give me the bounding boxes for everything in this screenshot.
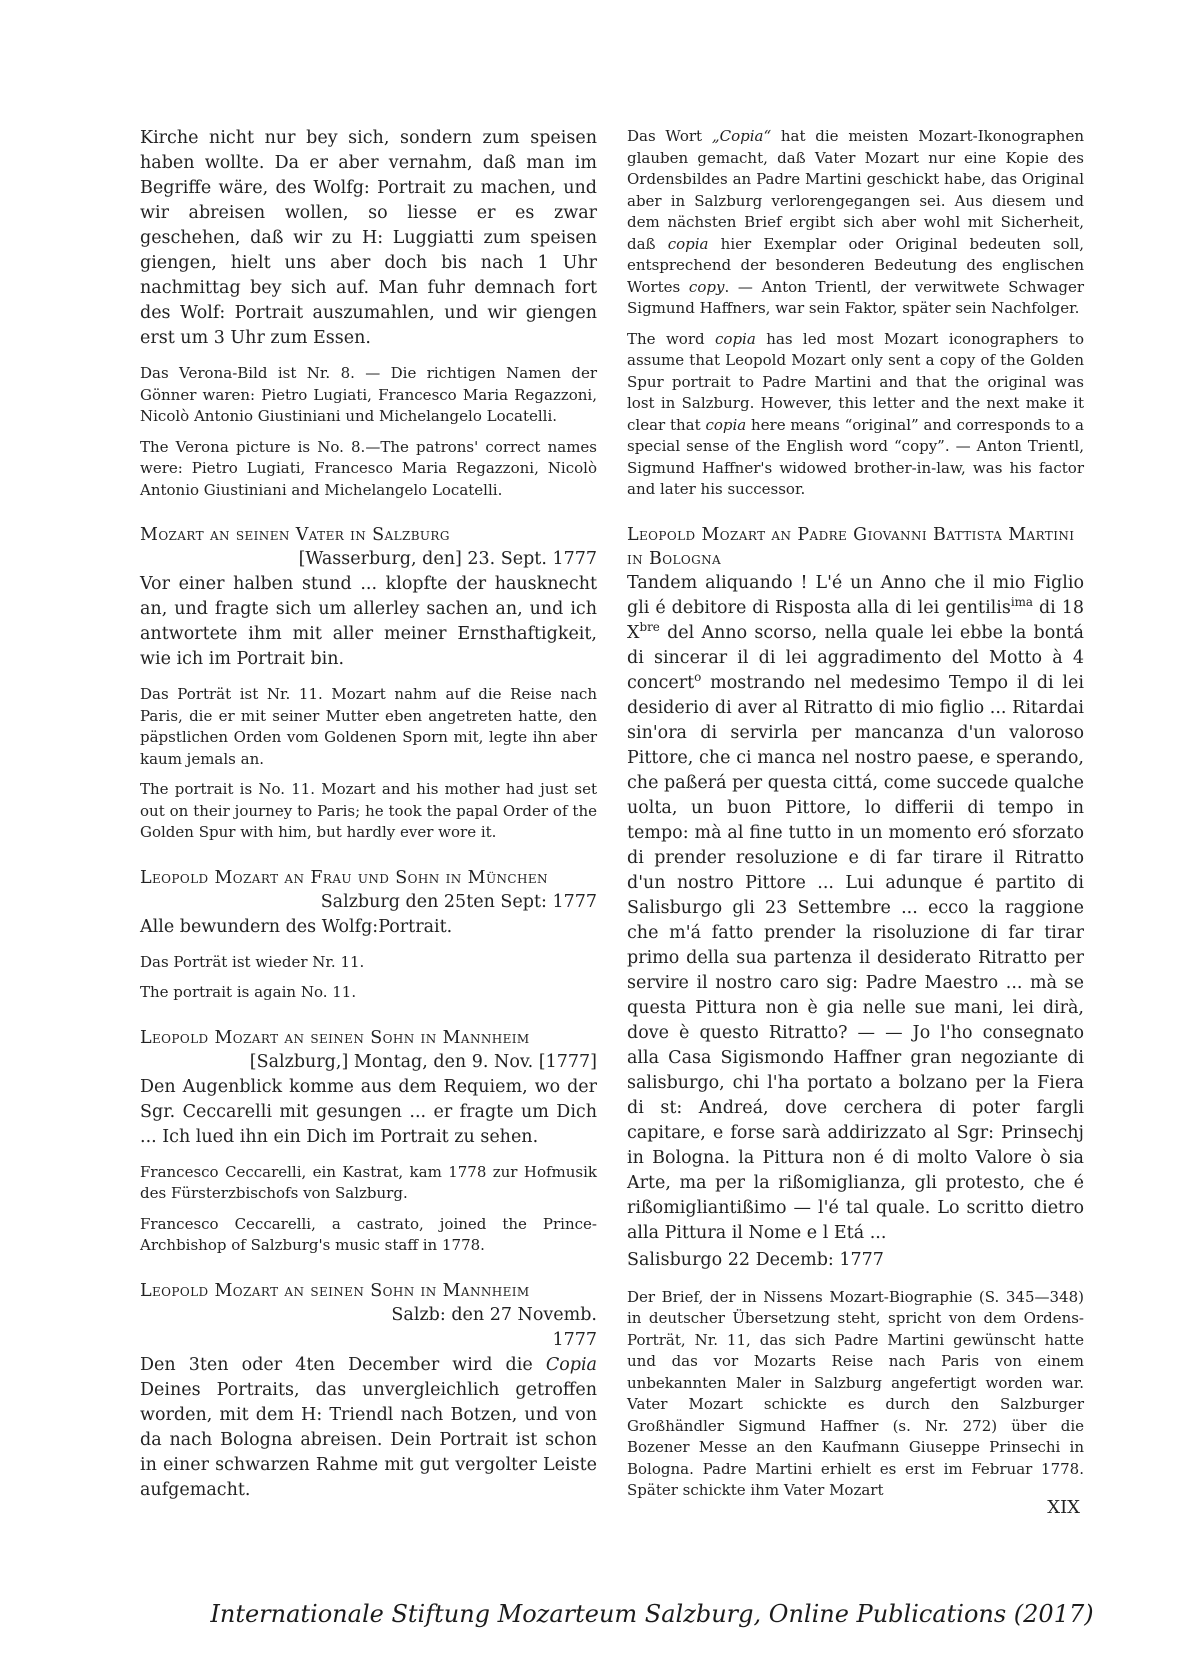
letter-dateline: [Salzburg,] Montag, den 9. Nov. [1777] <box>140 1050 597 1075</box>
letter-notes: Das Porträt ist wieder Nr. 11. The portr… <box>140 952 597 1004</box>
letter-dateline: [Wasserburg, den] 23. Sept. 1777 <box>140 547 597 572</box>
note-portrait-again-en: The portrait is again No. 11. <box>140 982 597 1004</box>
note-brief-de: Der Brief, der in Nissens Mozart-Biograp… <box>627 1287 1084 1502</box>
book-page: Kirche nicht nur bey sich, sondern zum s… <box>0 0 1200 1655</box>
note-portrait-en: The portrait is No. 11. Mozart and his m… <box>140 779 597 844</box>
page-number: XIX <box>1047 1497 1080 1518</box>
letter-body: Vor einer halben stund ... klopfte der h… <box>140 572 597 672</box>
footer-credit: Internationale Stiftung Mozarteum Salzbu… <box>52 1600 1200 1628</box>
letter-dateline: Salzburg den 25ten Sept: 1777 <box>140 890 597 915</box>
letter-heading: Mozart an seinen Vater in Salzburg <box>140 523 597 547</box>
letter-notes: Das Porträt ist Nr. 11. Mozart nahm auf … <box>140 684 597 844</box>
verona-notes: Das Verona-Bild ist Nr. 8. — Die richtig… <box>140 363 597 501</box>
letter-body: Den 3ten oder 4ten December wird die Cop… <box>140 1353 597 1503</box>
letter-dateline-line2: 1777 <box>140 1328 597 1353</box>
note-verona-en: The Verona picture is No. 8.—The patrons… <box>140 437 597 502</box>
letter-heading: Leopold Mozart an seinen Sohn in Mannhei… <box>140 1279 597 1303</box>
letter-body: Tandem aliquando ! L'é un Anno che il mi… <box>627 571 1084 1246</box>
letter-notes: Francesco Ceccarelli, ein Kastrat, kam 1… <box>140 1162 597 1257</box>
intro-paragraph: Kirche nicht nur bey sich, sondern zum s… <box>140 126 597 351</box>
note-portrait-de: Das Porträt ist Nr. 11. Mozart nahm auf … <box>140 684 597 770</box>
note-copia-en: The word copia has led most Mozart icono… <box>627 329 1084 501</box>
letter-leopold-to-martini: Leopold Mozart an Padre Giovanni Battist… <box>627 523 1084 1502</box>
letter-mozart-to-father: Mozart an seinen Vater in Salzburg [Wass… <box>140 523 597 844</box>
letter-notes: Der Brief, der in Nissens Mozart-Biograp… <box>627 1287 1084 1502</box>
letter-heading: Leopold Mozart an Frau und Sohn in Münch… <box>140 866 597 890</box>
note-ceccarelli-de: Francesco Ceccarelli, ein Kastrat, kam 1… <box>140 1162 597 1205</box>
letter-heading: Leopold Mozart an seinen Sohn in Mannhei… <box>140 1026 597 1050</box>
text-columns: Kirche nicht nur bey sich, sondern zum s… <box>0 0 1200 1515</box>
copia-notes: Das Wort „Copia“ hat die meisten Mozart-… <box>627 126 1084 501</box>
note-ceccarelli-en: Francesco Ceccarelli, a castrato, joined… <box>140 1214 597 1257</box>
letter-closing-dateline: Salisburgo 22 Decemb: 1777 <box>627 1248 1084 1273</box>
letter-dateline-line1: Salzb: den 27 Novemb. <box>140 1303 597 1328</box>
letter-body: Den Augenblick komme aus dem Requiem, wo… <box>140 1075 597 1150</box>
note-portrait-again-de: Das Porträt ist wieder Nr. 11. <box>140 952 597 974</box>
letter-leopold-mannheim-1: Leopold Mozart an seinen Sohn in Mannhei… <box>140 1026 597 1257</box>
letter-body: Alle bewundern des Wolfg:Portrait. <box>140 915 597 940</box>
note-verona-de: Das Verona-Bild ist Nr. 8. — Die richtig… <box>140 363 597 428</box>
letter-leopold-mannheim-2: Leopold Mozart an seinen Sohn in Mannhei… <box>140 1279 597 1503</box>
letter-leopold-munich: Leopold Mozart an Frau und Sohn in Münch… <box>140 866 597 1004</box>
letter-heading: Leopold Mozart an Padre Giovanni Battist… <box>627 523 1084 571</box>
right-column: Das Wort „Copia“ hat die meisten Mozart-… <box>627 126 1084 1515</box>
note-copia-de: Das Wort „Copia“ hat die meisten Mozart-… <box>627 126 1084 320</box>
left-column: Kirche nicht nur bey sich, sondern zum s… <box>140 126 597 1515</box>
